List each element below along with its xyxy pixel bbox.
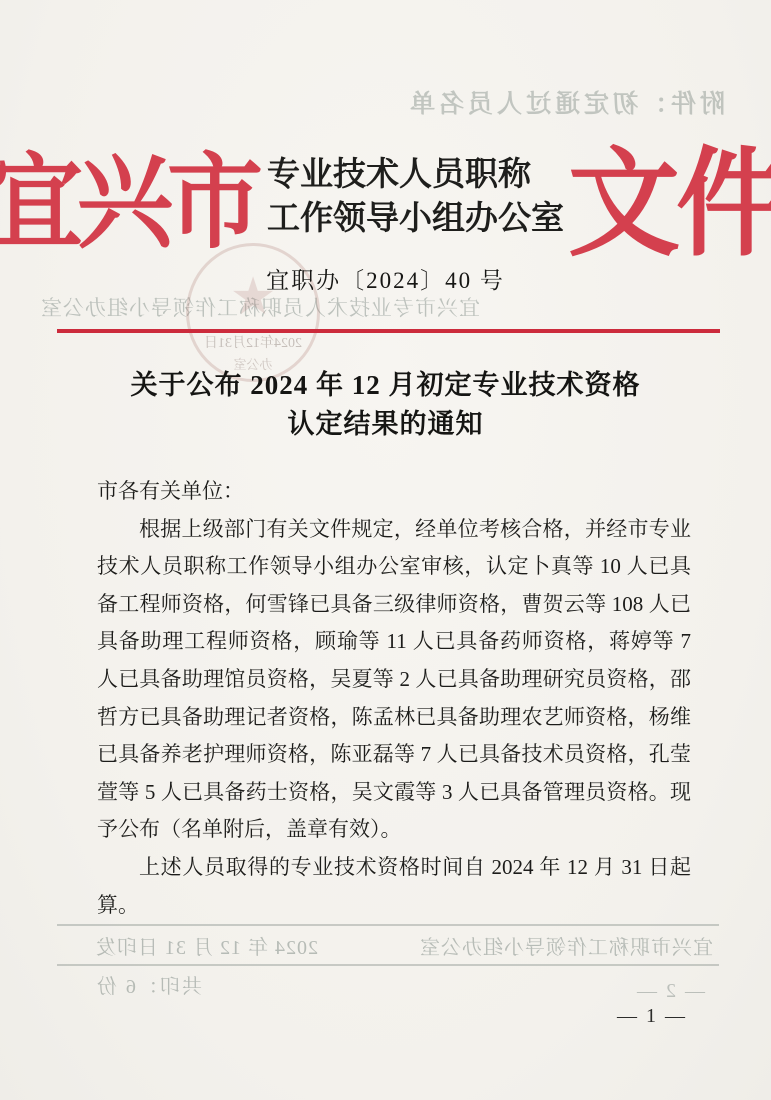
bleed-colophon-copies: 共印：6 份 xyxy=(57,966,719,999)
letterhead: 宜兴市 专业技术人员职称 工作领导小组办公室 文件 xyxy=(0,126,771,262)
letterhead-office-line1: 专业技术人员职称 xyxy=(267,157,531,193)
document-body: 市各有关单位： 根据上级部门有关文件规定，经单位考核合格，并经市专业技术人员职称… xyxy=(97,473,691,924)
letterhead-office-name: 专业技术人员职称 工作领导小组办公室 xyxy=(267,153,564,241)
letterhead-doc-type: 文件 xyxy=(568,109,771,278)
page-number: — 1 — xyxy=(617,1005,687,1028)
red-divider-rule xyxy=(57,329,720,333)
body-paragraph-2: 上述人员取得的专业技术资格时间自 2024 年 12 月 31 日起算。 xyxy=(97,849,691,924)
letterhead-city-name: 宜兴市 xyxy=(0,120,257,268)
bleed-back-page-number: — 2 — xyxy=(635,980,705,1003)
bleed-colophon-row: 宜兴市职称工作领导小组办公室 2024 年 12 月 31 日印发 xyxy=(57,924,719,966)
document-title: 关于公布 2024 年 12 月初定专业技术资格 认定结果的通知 xyxy=(0,366,771,444)
bleed-colophon-date: 2024 年 12 月 31 日印发 xyxy=(95,931,318,960)
letterhead-office-line2: 工作领导小组办公室 xyxy=(267,201,564,237)
document-number: 宜职办〔2024〕40 号 xyxy=(0,262,771,295)
document-title-line2: 认定结果的通知 xyxy=(288,409,484,439)
body-paragraph-1: 根据上级部门有关文件规定，经单位考核合格，并经市专业技术人员职称工作领导小组办公… xyxy=(97,511,691,849)
document-page: 附件：初定通过人员名单 宜兴市专业技术人员职称工作领导小组办公室 ★ 2024年… xyxy=(0,0,771,1100)
bleed-colophon-org: 宜兴市职称工作领导小组办公室 xyxy=(419,931,713,960)
salutation-line: 市各有关单位： xyxy=(97,473,691,511)
bleed-signature-line: 宜兴市专业技术人员职称工作领导小组办公室 xyxy=(40,292,480,322)
bleed-colophon-block: 宜兴市职称工作领导小组办公室 2024 年 12 月 31 日印发 共印：6 份 xyxy=(57,924,719,999)
document-title-line1: 关于公布 2024 年 12 月初定专业技术资格 xyxy=(131,370,641,400)
bleed-stamp-date: 2024年12月31日 xyxy=(179,332,327,352)
